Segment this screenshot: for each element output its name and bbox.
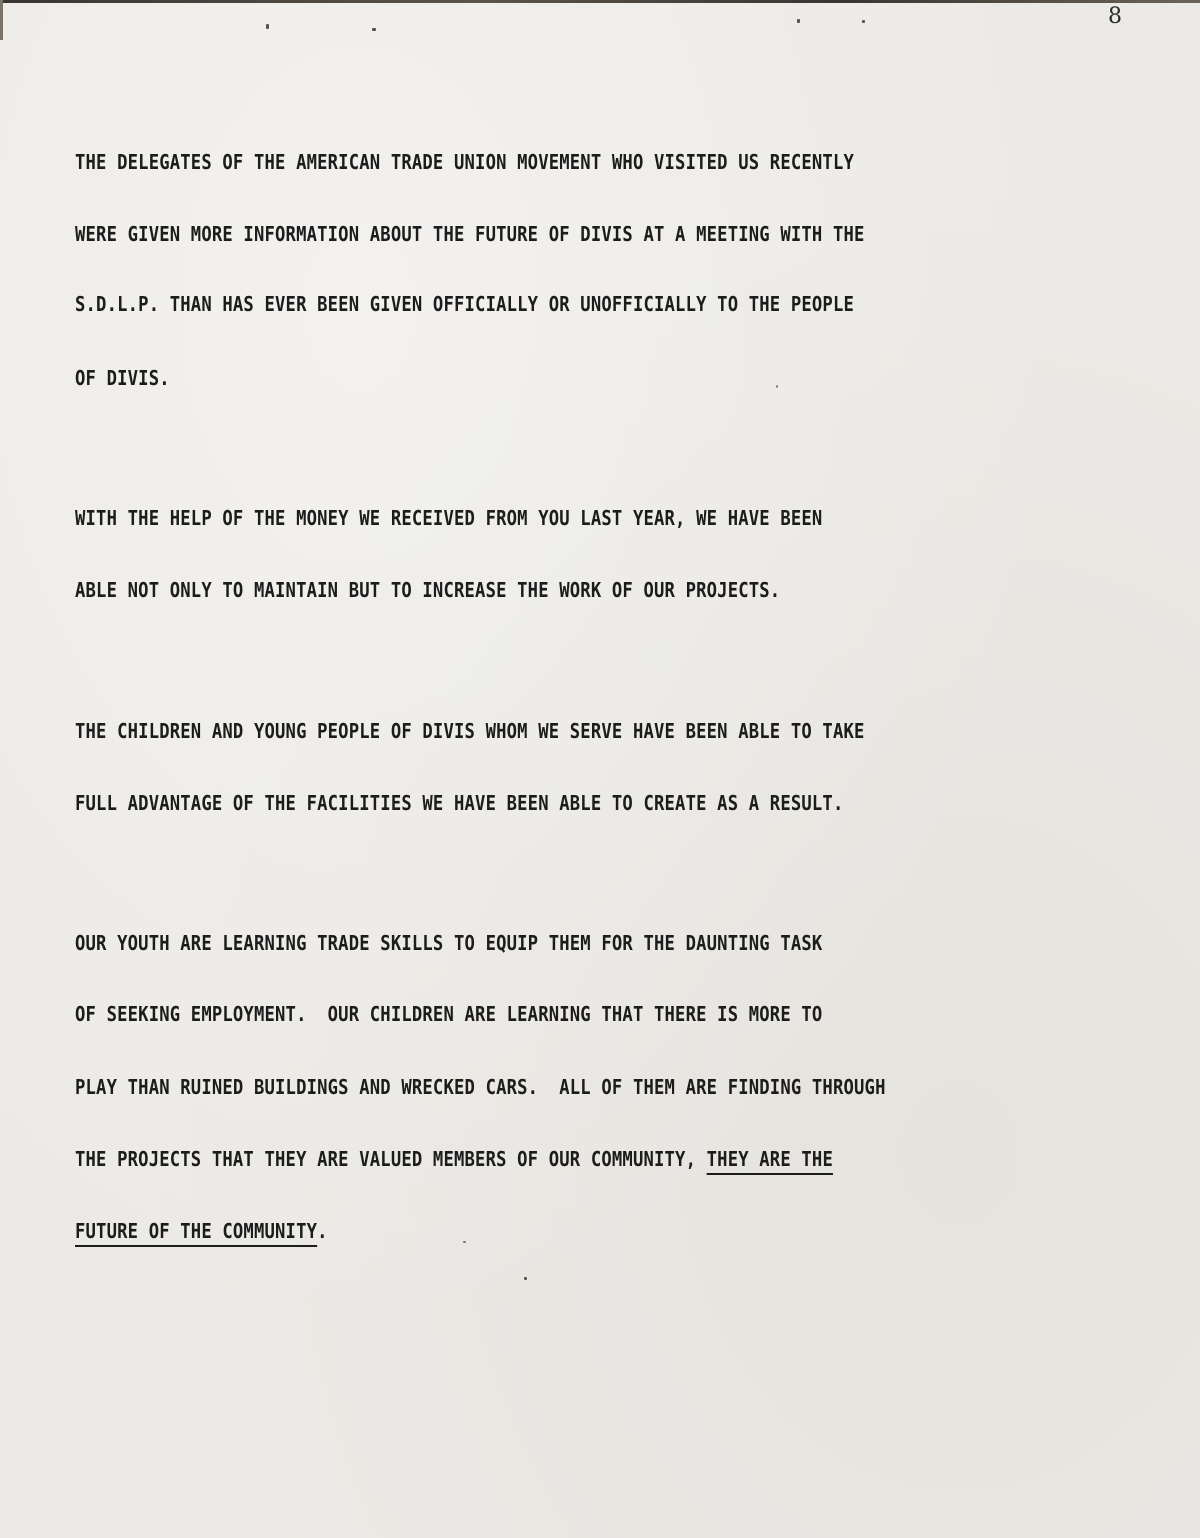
paragraph-4-line-1: OUR YOUTH ARE LEARNING TRADE SKILLS TO E… [75, 931, 822, 955]
emphasis-underline-1: THEY ARE THE [707, 1147, 833, 1171]
paragraph-4-line-4-text: THE PROJECTS THAT THEY ARE VALUED MEMBER… [75, 1147, 707, 1171]
paragraph-3-line-2: FULL ADVANTAGE OF THE FACILITIES WE HAVE… [75, 791, 844, 815]
paragraph-1-line-1: THE DELEGATES OF THE AMERICAN TRADE UNIO… [75, 150, 854, 174]
speck [266, 24, 269, 29]
scan-left-edge [0, 0, 3, 40]
speck [776, 385, 778, 388]
closing-period: . [317, 1219, 328, 1243]
speck [797, 19, 800, 23]
paragraph-4-line-5: FUTURE OF THE COMMUNITY. [75, 1219, 328, 1243]
paragraph-4-line-3: PLAY THAN RUINED BUILDINGS AND WRECKED C… [75, 1075, 886, 1099]
paragraph-1-line-2: WERE GIVEN MORE INFORMATION ABOUT THE FU… [75, 222, 865, 246]
document-page: 8 THE DELEGATES OF THE AMERICAN TRADE UN… [0, 0, 1200, 1538]
paragraph-2-line-2: ABLE NOT ONLY TO MAINTAIN BUT TO INCREAS… [75, 578, 780, 602]
paragraph-3-line-1: THE CHILDREN AND YOUNG PEOPLE OF DIVIS W… [75, 719, 865, 743]
paragraph-1-line-3: S.D.L.P. THAN HAS EVER BEEN GIVEN OFFICI… [75, 292, 854, 316]
speck [862, 20, 865, 23]
paragraph-4-line-2: OF SEEKING EMPLOYMENT. OUR CHILDREN ARE … [75, 1002, 822, 1026]
scan-top-edge [0, 0, 1200, 3]
paragraph-4-line-4: THE PROJECTS THAT THEY ARE VALUED MEMBER… [75, 1147, 833, 1171]
speck [372, 28, 376, 31]
emphasis-underline-2: FUTURE OF THE COMMUNITY [75, 1219, 317, 1243]
speck [524, 1277, 527, 1280]
paragraph-2-line-1: WITH THE HELP OF THE MONEY WE RECEIVED F… [75, 506, 822, 530]
speck [463, 1241, 466, 1243]
paragraph-1-line-4: OF DIVIS. [75, 366, 170, 390]
page-number: 8 [1108, 4, 1122, 29]
